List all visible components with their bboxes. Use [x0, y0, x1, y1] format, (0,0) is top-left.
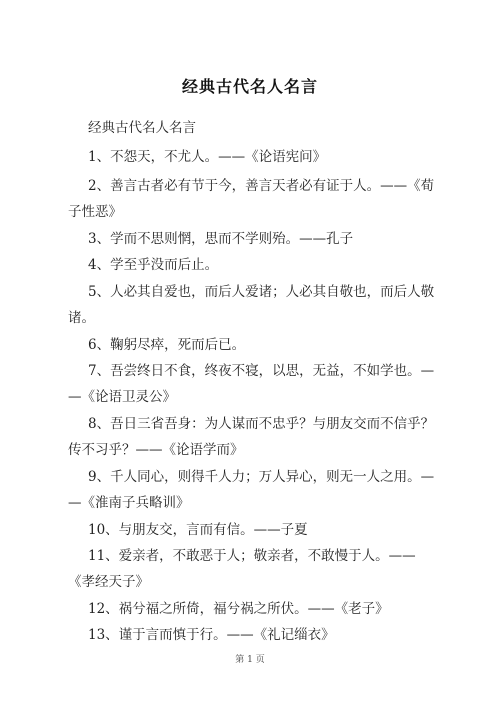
quote-line: 9、千人同心，则得千人力；万人异心，则无一人之用。—: [88, 465, 434, 485]
quote-line: 11、爱亲者，不敢恶于人；敬亲者，不敢慢于人。——: [88, 544, 416, 564]
quote-line: 2、善言古者必有节于今，善言天者必有证于人。——《荀: [88, 174, 434, 194]
quote-line: 5、人必其自爱也，而后人爱诸；人必其自敬也，而后人敬: [88, 280, 434, 300]
page-number: 第 1 页: [0, 652, 500, 665]
quote-line: 6、鞠躬尽瘁，死而后已。: [88, 333, 245, 353]
quote-line: 12、祸兮福之所倚，福兮祸之所伏。——《老子》: [88, 597, 389, 617]
quote-line-continued: —《淮南子兵略训》: [68, 491, 190, 511]
quote-line: 8、吾日三省吾身：为人谋而不忠乎？与朋友交而不信乎？: [88, 412, 434, 432]
quote-line: 4、学至乎没而后止。: [88, 253, 218, 273]
quote-line: 13、谨于言而慎于行。——《礼记缁衣》: [88, 623, 335, 643]
quote-line-continued: 诸。: [68, 306, 95, 326]
document-title: 经典古代名人名言: [0, 74, 500, 97]
quote-line: 1、不怨天，不尤人。——《论语宪问》: [88, 145, 326, 165]
quote-line-continued: —《论语卫灵公》: [68, 385, 176, 405]
document-subtitle: 经典古代名人名言: [88, 116, 196, 136]
quote-line: 10、与朋友交，言而有信。——子夏: [88, 518, 308, 538]
quote-line: 7、吾尝终日不食，终夜不寝，以思，无益，不如学也。—: [88, 359, 434, 379]
quote-line: 3、学而不思则惘，思而不学则殆。——孔子: [88, 227, 353, 247]
quote-line-continued: 《孝经天子》: [68, 570, 149, 590]
quote-line-continued: 子性恶》: [68, 200, 122, 220]
quote-line-continued: 传不习乎？——《论语学而》: [68, 438, 244, 458]
